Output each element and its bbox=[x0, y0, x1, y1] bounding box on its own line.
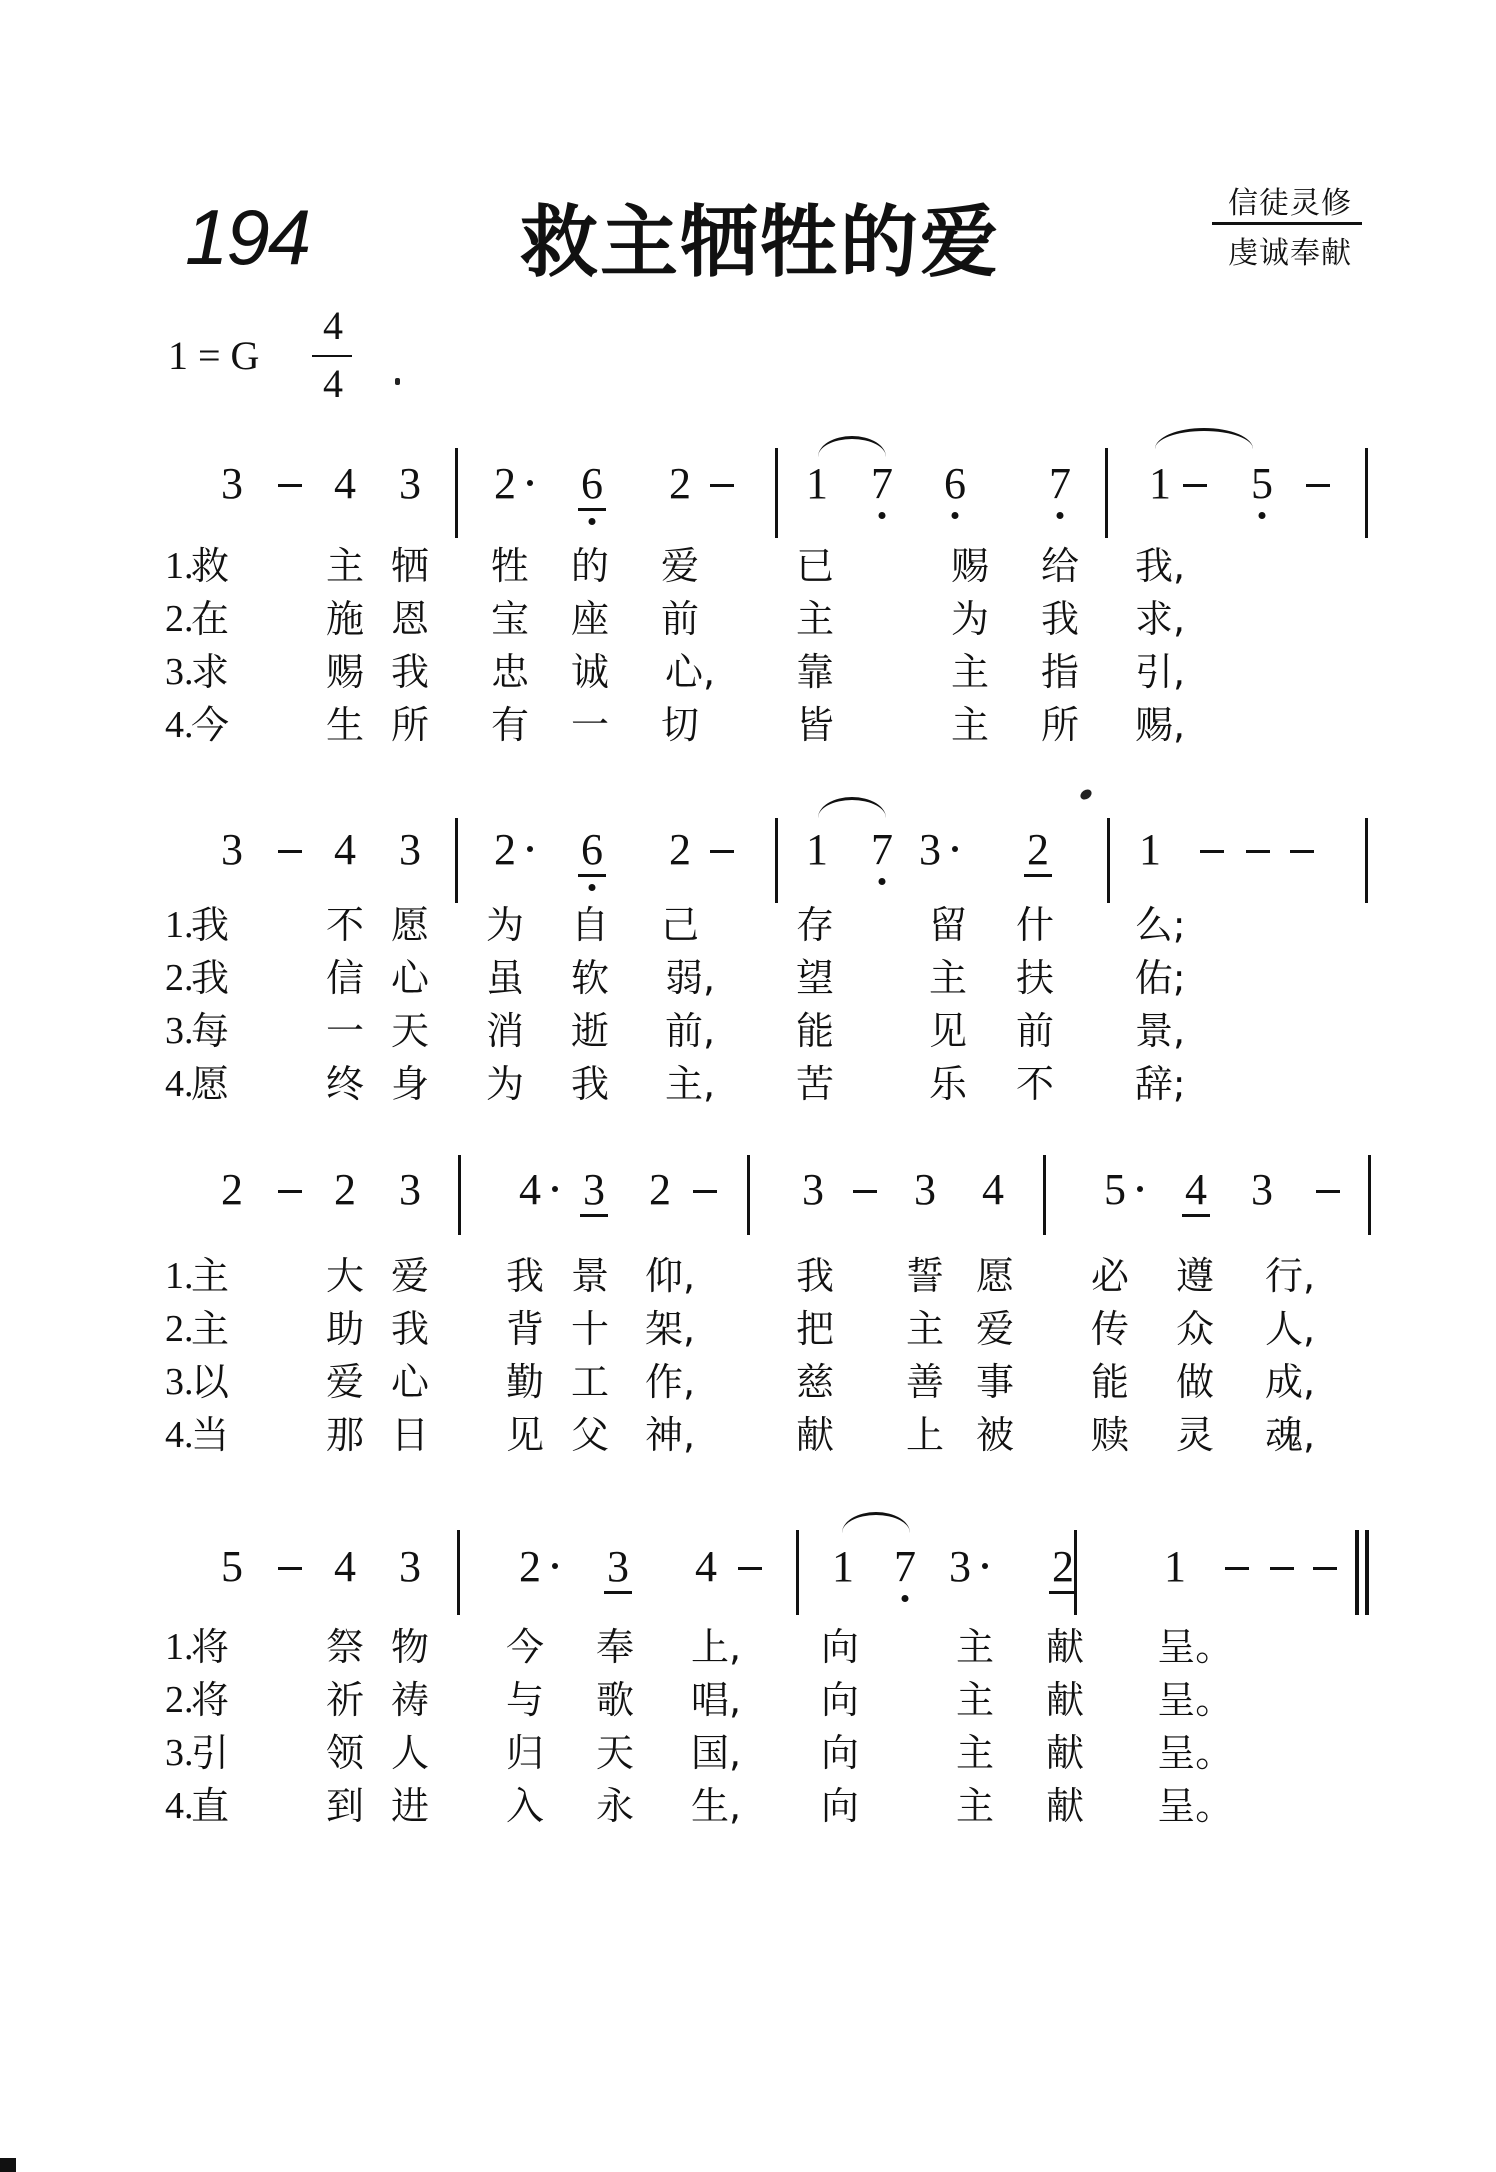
lyric-char: 我 bbox=[191, 959, 229, 997]
lyric-char: 不 bbox=[1016, 1065, 1054, 1103]
lyric-char: 主, bbox=[665, 1065, 715, 1103]
note: 3 bbox=[802, 1168, 824, 1212]
lyric-char: 神, bbox=[645, 1416, 695, 1454]
verse-number: 2. bbox=[165, 600, 194, 638]
note: 4 bbox=[1185, 1168, 1207, 1212]
low-octave-dot bbox=[1057, 512, 1064, 519]
lyric-char: 乐 bbox=[929, 1065, 967, 1103]
lyric-char: 施 bbox=[326, 600, 364, 638]
note: 5 bbox=[1104, 1168, 1126, 1212]
lyric-char: 指 bbox=[1041, 653, 1079, 691]
lyric-char: 行, bbox=[1265, 1257, 1315, 1295]
lyric-char: 心 bbox=[391, 1363, 429, 1401]
barline bbox=[458, 1155, 461, 1235]
lyric-char: 软 bbox=[571, 959, 609, 997]
lyric-char: 今 bbox=[506, 1628, 544, 1666]
note: 1 bbox=[806, 828, 828, 872]
lyric-char: 所 bbox=[1041, 706, 1079, 744]
low-octave-dot bbox=[589, 884, 596, 891]
lyric-char: 已 bbox=[796, 547, 834, 585]
note-dash bbox=[278, 1190, 302, 1193]
note: 7 bbox=[871, 828, 893, 872]
note: 1 bbox=[806, 462, 828, 506]
lyric-char: 我 bbox=[1041, 600, 1079, 638]
lyric-char: 佑; bbox=[1135, 959, 1186, 997]
note-dash bbox=[1246, 850, 1270, 853]
note: 5 bbox=[221, 1545, 243, 1589]
lyric-char: 当 bbox=[191, 1416, 229, 1454]
lyric-char: 祭 bbox=[326, 1628, 364, 1666]
note-dash bbox=[278, 484, 302, 487]
barline bbox=[1365, 818, 1368, 903]
print-speck bbox=[395, 378, 400, 385]
lyric-char: 主 bbox=[956, 1681, 994, 1719]
lyric-char: 事 bbox=[976, 1363, 1014, 1401]
note-dash bbox=[738, 1567, 762, 1570]
lyric-char: 能 bbox=[796, 1012, 834, 1050]
note: 7 bbox=[871, 462, 893, 506]
lyric-char: 爱 bbox=[326, 1363, 364, 1401]
lyric-char: 弱, bbox=[665, 959, 715, 997]
lyric-char: 工 bbox=[571, 1363, 609, 1401]
lyric-char: 诚 bbox=[571, 653, 609, 691]
note: 1 bbox=[832, 1545, 854, 1589]
lyric-char: 愿 bbox=[976, 1257, 1014, 1295]
barline bbox=[796, 1530, 799, 1615]
lyric-char: 将 bbox=[191, 1681, 229, 1719]
lyric-char: 今 bbox=[191, 706, 229, 744]
lyric-char: 我, bbox=[1135, 547, 1185, 585]
augmentation-dot bbox=[527, 846, 533, 852]
lyric-char: 爱 bbox=[391, 1257, 429, 1295]
lyric-char: 消 bbox=[486, 1012, 524, 1050]
note-dash bbox=[1225, 1567, 1249, 1570]
lyric-char: 被 bbox=[976, 1416, 1014, 1454]
lyric-char: 献 bbox=[1046, 1787, 1084, 1825]
verse-number: 1. bbox=[165, 906, 194, 944]
lyric-char: 自 bbox=[571, 906, 609, 944]
lyric-char: 慈 bbox=[796, 1363, 834, 1401]
note-dash bbox=[710, 484, 734, 487]
lyric-char: 呈。 bbox=[1157, 1628, 1233, 1666]
note: 1 bbox=[1164, 1545, 1186, 1589]
lyric-char: 勤 bbox=[506, 1363, 544, 1401]
lyric-char: 祷 bbox=[391, 1681, 429, 1719]
note: 1 bbox=[1149, 462, 1171, 506]
verse-number: 1. bbox=[165, 1628, 194, 1666]
note-dash bbox=[1313, 1567, 1337, 1570]
verse-number: 4. bbox=[165, 706, 194, 744]
lyric-char: 作, bbox=[645, 1363, 695, 1401]
lyric-char: 愿 bbox=[191, 1065, 229, 1103]
lyric-char: 唱, bbox=[691, 1681, 741, 1719]
note-dash bbox=[1290, 850, 1314, 853]
lyric-char: 一 bbox=[571, 706, 609, 744]
lyric-char: 向 bbox=[821, 1628, 859, 1666]
lyric-char: 主 bbox=[951, 706, 989, 744]
lyric-char: 景, bbox=[1135, 1012, 1185, 1050]
eighth-underline bbox=[1182, 1214, 1210, 1217]
note: 4 bbox=[334, 462, 356, 506]
lyric-char: 不 bbox=[326, 906, 364, 944]
note: 1 bbox=[1139, 828, 1161, 872]
lyric-char: 座 bbox=[571, 600, 609, 638]
lyric-char: 靠 bbox=[796, 653, 834, 691]
augmentation-dot bbox=[552, 1186, 558, 1192]
time-signature-divider bbox=[312, 355, 352, 357]
barline bbox=[1074, 1530, 1077, 1615]
lyric-char: 在 bbox=[191, 600, 229, 638]
lyric-char: 苦 bbox=[796, 1065, 834, 1103]
barline bbox=[775, 818, 778, 903]
note: 2 bbox=[649, 1168, 671, 1212]
lyric-char: 生, bbox=[691, 1787, 741, 1825]
lyric-char: 前, bbox=[665, 1012, 715, 1050]
barline bbox=[455, 448, 458, 538]
note-dash bbox=[1316, 1190, 1340, 1193]
barline bbox=[455, 818, 458, 903]
final-barline bbox=[1355, 1530, 1359, 1615]
note: 7 bbox=[1049, 462, 1071, 506]
lyric-char: 以 bbox=[191, 1363, 229, 1401]
lyric-char: 信 bbox=[326, 959, 364, 997]
note: 4 bbox=[982, 1168, 1004, 1212]
lyric-char: 为 bbox=[951, 600, 989, 638]
note-dash bbox=[853, 1190, 877, 1193]
lyric-char: 愿 bbox=[391, 906, 429, 944]
lyric-char: 大 bbox=[326, 1257, 364, 1295]
lyric-char: 直 bbox=[191, 1787, 229, 1825]
lyric-char: 领 bbox=[326, 1734, 364, 1772]
low-octave-dot bbox=[879, 512, 886, 519]
note: 6 bbox=[581, 828, 603, 872]
lyric-char: 前 bbox=[1016, 1012, 1054, 1050]
note: 4 bbox=[519, 1168, 541, 1212]
lyric-char: 所 bbox=[391, 706, 429, 744]
note: 7 bbox=[894, 1545, 916, 1589]
lyric-char: 上, bbox=[691, 1628, 741, 1666]
lyric-char: 扶 bbox=[1016, 959, 1054, 997]
lyric-char: 我 bbox=[391, 653, 429, 691]
barline bbox=[747, 1155, 750, 1235]
lyric-char: 奉 bbox=[596, 1628, 634, 1666]
lyric-char: 遵 bbox=[1176, 1257, 1214, 1295]
lyric-char: 主 bbox=[191, 1310, 229, 1348]
lyric-char: 牺 bbox=[391, 547, 429, 585]
lyric-char: 求 bbox=[191, 653, 229, 691]
barline bbox=[1043, 1155, 1046, 1235]
barline bbox=[1368, 1155, 1371, 1235]
lyric-char: 主 bbox=[956, 1787, 994, 1825]
lyric-char: 救 bbox=[191, 547, 229, 585]
lyric-char: 终 bbox=[326, 1065, 364, 1103]
final-barline bbox=[1365, 1530, 1369, 1615]
lyric-char: 人, bbox=[1265, 1310, 1315, 1348]
lyric-char: 誓 bbox=[906, 1257, 944, 1295]
lyric-char: 父 bbox=[571, 1416, 609, 1454]
lyric-char: 背 bbox=[506, 1310, 544, 1348]
lyric-char: 宝 bbox=[491, 600, 529, 638]
barline bbox=[1107, 818, 1110, 903]
note-dash bbox=[1183, 484, 1207, 487]
note: 6 bbox=[944, 462, 966, 506]
verse-number: 2. bbox=[165, 1310, 194, 1348]
eighth-underline bbox=[580, 1214, 608, 1217]
slur bbox=[1155, 428, 1253, 449]
note-dash bbox=[1200, 850, 1224, 853]
note: 3 bbox=[399, 828, 421, 872]
lyric-char: 必 bbox=[1091, 1257, 1129, 1295]
lyric-char: 存 bbox=[796, 906, 834, 944]
barline bbox=[1105, 448, 1108, 538]
lyric-char: 做 bbox=[1176, 1363, 1214, 1401]
lyric-char: 前 bbox=[661, 600, 699, 638]
lyric-char: 歌 bbox=[596, 1681, 634, 1719]
lyric-char: 助 bbox=[326, 1310, 364, 1348]
lyric-char: 物 bbox=[391, 1628, 429, 1666]
lyric-char: 身 bbox=[391, 1065, 429, 1103]
lyric-char: 进 bbox=[391, 1787, 429, 1825]
lyric-char: 辞; bbox=[1135, 1065, 1186, 1103]
augmentation-dot bbox=[982, 1563, 988, 1569]
eighth-underline bbox=[1049, 1591, 1077, 1594]
note-dash bbox=[710, 850, 734, 853]
lyric-char: 呈。 bbox=[1157, 1681, 1233, 1719]
note: 2 bbox=[494, 828, 516, 872]
time-signature-bottom: 4 bbox=[318, 360, 348, 407]
lyric-char: 到 bbox=[326, 1787, 364, 1825]
lyric-char: 主 bbox=[796, 600, 834, 638]
barline bbox=[457, 1530, 460, 1615]
lyric-char: 牲 bbox=[491, 547, 529, 585]
note: 2 bbox=[494, 462, 516, 506]
slur bbox=[818, 797, 886, 818]
lyric-char: 把 bbox=[796, 1310, 834, 1348]
lyric-char: 永 bbox=[596, 1787, 634, 1825]
barline bbox=[775, 448, 778, 538]
lyric-char: 呈。 bbox=[1157, 1734, 1233, 1772]
lyric-char: 虽 bbox=[486, 959, 524, 997]
lyric-char: 天 bbox=[596, 1734, 634, 1772]
verse-number: 2. bbox=[165, 959, 194, 997]
scan-corner-mark bbox=[0, 2158, 16, 2172]
credit-bottom: 虔诚奉献 bbox=[1215, 228, 1365, 272]
lyric-char: 将 bbox=[191, 1628, 229, 1666]
lyric-char: 的 bbox=[571, 547, 609, 585]
lyric-char: 心 bbox=[391, 959, 429, 997]
verse-number: 1. bbox=[165, 547, 194, 585]
lyric-char: 我 bbox=[506, 1257, 544, 1295]
verse-number: 3. bbox=[165, 653, 194, 691]
lyric-char: 己 bbox=[661, 906, 699, 944]
lyric-char: 赎 bbox=[1091, 1416, 1129, 1454]
note: 2 bbox=[519, 1545, 541, 1589]
note-dash bbox=[693, 1190, 717, 1193]
lyric-char: 向 bbox=[821, 1734, 859, 1772]
lyric-char: 上 bbox=[906, 1416, 944, 1454]
note: 3 bbox=[1251, 1168, 1273, 1212]
lyric-char: 主 bbox=[956, 1628, 994, 1666]
lyric-char: 主 bbox=[956, 1734, 994, 1772]
note: 4 bbox=[334, 828, 356, 872]
lyric-char: 主 bbox=[191, 1257, 229, 1295]
lyric-char: 给 bbox=[1041, 547, 1079, 585]
verse-number: 2. bbox=[165, 1681, 194, 1719]
eighth-underline bbox=[1024, 874, 1052, 877]
eighth-underline bbox=[604, 1591, 632, 1594]
lyric-char: 生 bbox=[326, 706, 364, 744]
lyric-char: 为 bbox=[486, 1065, 524, 1103]
lyric-char: 献 bbox=[1046, 1734, 1084, 1772]
note: 3 bbox=[949, 1545, 971, 1589]
low-octave-dot bbox=[902, 1595, 909, 1602]
note: 3 bbox=[583, 1168, 605, 1212]
eighth-underline bbox=[578, 508, 606, 511]
lyric-char: 我 bbox=[391, 1310, 429, 1348]
verse-number: 4. bbox=[165, 1787, 194, 1825]
augmentation-dot bbox=[527, 480, 533, 486]
lyric-char: 传 bbox=[1091, 1310, 1129, 1348]
note: 2 bbox=[669, 462, 691, 506]
low-octave-dot bbox=[589, 518, 596, 525]
lyric-char: 灵 bbox=[1176, 1416, 1214, 1454]
lyric-char: 求, bbox=[1135, 600, 1185, 638]
lyric-char: 一 bbox=[326, 1012, 364, 1050]
note: 3 bbox=[399, 462, 421, 506]
lyric-char: 成, bbox=[1265, 1363, 1315, 1401]
note: 3 bbox=[399, 1545, 421, 1589]
verse-number: 4. bbox=[165, 1416, 194, 1454]
lyric-char: 我 bbox=[571, 1065, 609, 1103]
note: 2 bbox=[334, 1168, 356, 1212]
note: 2 bbox=[669, 828, 691, 872]
lyric-char: 祈 bbox=[326, 1681, 364, 1719]
low-octave-dot bbox=[1259, 512, 1266, 519]
lyric-char: 呈。 bbox=[1157, 1787, 1233, 1825]
eighth-underline bbox=[578, 874, 606, 877]
lyric-char: 入 bbox=[506, 1787, 544, 1825]
slur bbox=[818, 436, 886, 457]
lyric-char: 日 bbox=[391, 1416, 429, 1454]
note: 2 bbox=[1027, 828, 1049, 872]
lyric-char: 爱 bbox=[976, 1310, 1014, 1348]
slur bbox=[842, 1512, 910, 1533]
verse-number: 3. bbox=[165, 1012, 194, 1050]
lyric-char: 引, bbox=[1135, 653, 1185, 691]
lyric-char: 见 bbox=[506, 1416, 544, 1454]
hymn-title: 救主牺牲的爱 bbox=[520, 180, 1000, 292]
lyric-char: 人 bbox=[391, 1734, 429, 1772]
note-dash bbox=[278, 1567, 302, 1570]
lyric-char: 皆 bbox=[796, 706, 834, 744]
lyric-char: 主 bbox=[326, 547, 364, 585]
barline bbox=[1365, 448, 1368, 538]
note: 2 bbox=[1052, 1545, 1074, 1589]
note: 4 bbox=[695, 1545, 717, 1589]
lyric-char: 为 bbox=[486, 906, 524, 944]
note-dash bbox=[1306, 484, 1330, 487]
note: 3 bbox=[914, 1168, 936, 1212]
note: 4 bbox=[334, 1545, 356, 1589]
lyric-char: 归 bbox=[506, 1734, 544, 1772]
note-dash bbox=[278, 850, 302, 853]
augmentation-dot bbox=[952, 846, 958, 852]
lyric-char: 献 bbox=[1046, 1681, 1084, 1719]
lyric-char: 见 bbox=[929, 1012, 967, 1050]
lyric-char: 忠 bbox=[491, 653, 529, 691]
time-signature-top: 4 bbox=[318, 302, 348, 349]
note: 3 bbox=[919, 828, 941, 872]
verse-number: 3. bbox=[165, 1363, 194, 1401]
lyric-char: 向 bbox=[821, 1787, 859, 1825]
augmentation-dot bbox=[552, 1563, 558, 1569]
low-octave-dot bbox=[879, 878, 886, 885]
lyric-char: 我 bbox=[796, 1257, 834, 1295]
verse-number: 4. bbox=[165, 1065, 194, 1103]
lyric-char: 心, bbox=[665, 653, 715, 691]
lyric-char: 向 bbox=[821, 1681, 859, 1719]
lyric-char: 爱 bbox=[661, 547, 699, 585]
note: 2 bbox=[221, 1168, 243, 1212]
lyric-char: 献 bbox=[1046, 1628, 1084, 1666]
lyric-char: 主 bbox=[906, 1310, 944, 1348]
credit-divider bbox=[1212, 222, 1362, 225]
lyric-char: 我 bbox=[191, 906, 229, 944]
lyric-char: 赐 bbox=[326, 653, 364, 691]
lyric-char: 恩 bbox=[391, 600, 429, 638]
lyric-char: 主 bbox=[929, 959, 967, 997]
lyric-char: 切 bbox=[661, 706, 699, 744]
hymn-number: 194 bbox=[185, 192, 309, 283]
lyric-char: 赐, bbox=[1135, 706, 1185, 744]
lyric-char: 十 bbox=[571, 1310, 609, 1348]
note: 3 bbox=[221, 828, 243, 872]
lyric-char: 主 bbox=[951, 653, 989, 691]
lyric-char: 献 bbox=[796, 1416, 834, 1454]
key-signature: 1 = G bbox=[168, 332, 259, 379]
lyric-char: 天 bbox=[391, 1012, 429, 1050]
lyric-char: 能 bbox=[1091, 1363, 1129, 1401]
lyric-char: 么; bbox=[1135, 906, 1186, 944]
note: 3 bbox=[607, 1545, 629, 1589]
lyric-char: 赐 bbox=[951, 547, 989, 585]
lyric-char: 有 bbox=[491, 706, 529, 744]
lyric-char: 景 bbox=[571, 1257, 609, 1295]
note: 6 bbox=[581, 462, 603, 506]
note: 3 bbox=[399, 1168, 421, 1212]
low-octave-dot bbox=[952, 512, 959, 519]
verse-number: 1. bbox=[165, 1257, 194, 1295]
credit-top: 信徒灵修 bbox=[1215, 178, 1365, 222]
lyric-char: 什 bbox=[1016, 906, 1054, 944]
lyric-char: 善 bbox=[906, 1363, 944, 1401]
lyric-char: 留 bbox=[929, 906, 967, 944]
lyric-char: 望 bbox=[796, 959, 834, 997]
lyric-char: 国, bbox=[691, 1734, 741, 1772]
lyric-char: 众 bbox=[1176, 1310, 1214, 1348]
lyric-char: 与 bbox=[506, 1681, 544, 1719]
scan-speck bbox=[1079, 787, 1094, 801]
verse-number: 3. bbox=[165, 1734, 194, 1772]
note-dash bbox=[1270, 1567, 1294, 1570]
lyric-char: 逝 bbox=[571, 1012, 609, 1050]
augmentation-dot bbox=[1137, 1186, 1143, 1192]
lyric-char: 那 bbox=[326, 1416, 364, 1454]
lyric-char: 每 bbox=[191, 1012, 229, 1050]
lyric-char: 架, bbox=[645, 1310, 695, 1348]
lyric-char: 魂, bbox=[1265, 1416, 1315, 1454]
note: 5 bbox=[1251, 462, 1273, 506]
